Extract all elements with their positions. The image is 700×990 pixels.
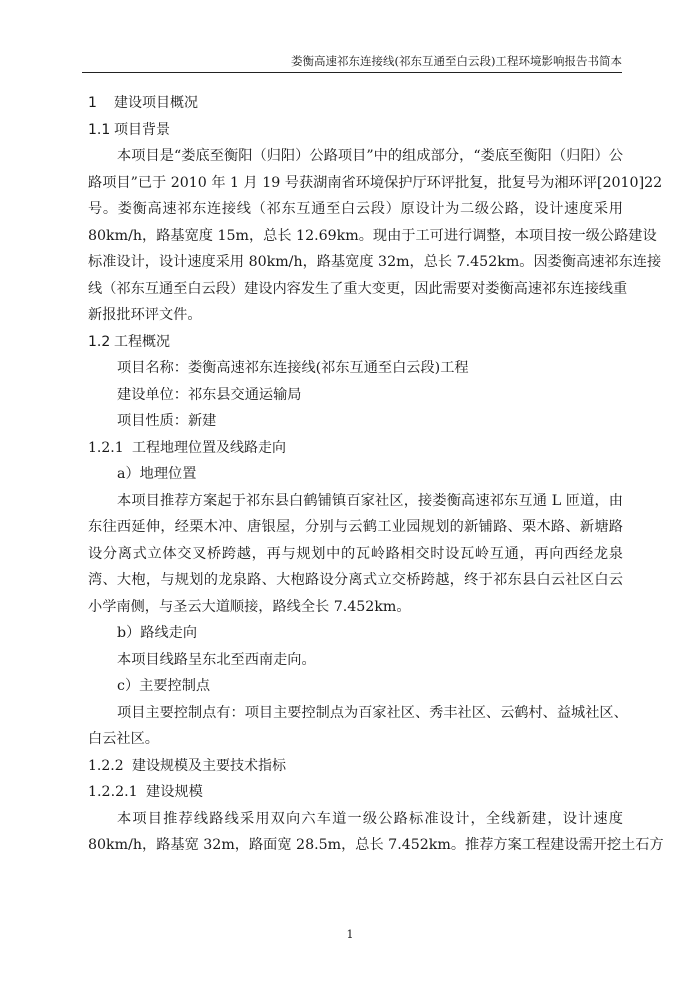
heading-number: 1.2 <box>88 329 114 356</box>
heading-title: 项目背景 <box>114 122 170 138</box>
paragraph-route-direction: 本项目线路呈东北至西南走向。 <box>88 647 623 674</box>
heading-number: 1.2.2 <box>88 753 132 780</box>
heading-section-1-2-1: 1.2.1工程地理位置及线路走向 <box>88 435 623 462</box>
heading-number: 1 <box>88 90 114 117</box>
paragraph-line: 线（祁东互通至白云段）建设内容发生了重大变更，因此需要对娄衡高速祁东连接线重 <box>88 276 623 303</box>
paragraph-line: 本项目是“娄底至衡阳（归阳）公路项目”中的组成部分，“娄底至衡阳（归阳）公 <box>88 143 623 170</box>
paragraph-line: 80km/h，路基宽度 15m，总长 12.69km。现由于工可进行调整，本项目… <box>88 223 623 250</box>
heading-number: 1.1 <box>88 117 114 144</box>
heading-section-1-2: 1.2工程概况 <box>88 329 623 356</box>
construction-unit: 建设单位：祁东县交通运输局 <box>88 382 623 409</box>
heading-title: 建设规模及主要技术指标 <box>132 758 286 774</box>
heading-title: 工程概况 <box>114 334 170 350</box>
paragraph-line: 本项目推荐方案起于祁东县白鹤铺镇百家社区，接娄衡高速祁东互通 L 匝道，由 <box>88 488 623 515</box>
page-body: 1建设项目概况 1.1项目背景 本项目是“娄底至衡阳（归阳）公路项目”中的组成部… <box>88 90 623 859</box>
subheading-route-direction: b）路线走向 <box>88 620 623 647</box>
paragraph-construction-scale: 本项目推荐线路线采用双向六车道一级公路标准设计，全线新建，设计速度 80km/h… <box>88 806 623 859</box>
paragraph-line: 设分离式立体交叉桥跨越，再与规划中的瓦岭路相交时设瓦岭互通，再向西经龙泉 <box>88 541 623 568</box>
paragraph-line: 白云社区。 <box>88 726 623 753</box>
paragraph-geo-location: 本项目推荐方案起于祁东县白鹤铺镇百家社区，接娄衡高速祁东互通 L 匝道，由 东往… <box>88 488 623 621</box>
heading-section-1: 1建设项目概况 <box>88 90 623 117</box>
paragraph-line: 本项目推荐线路线采用双向六车道一级公路标准设计，全线新建，设计速度 <box>88 806 623 833</box>
project-nature: 项目性质：新建 <box>88 408 623 435</box>
paragraph-line: 项目主要控制点有：项目主要控制点为百家社区、秀丰社区、云鹤村、益城社区、 <box>88 700 623 727</box>
paragraph-line: 东往西延伸，经栗木冲、唐银屋，分别与云鹤工业园规划的新铺路、栗木路、新塘路 <box>88 514 623 541</box>
heading-title: 建设规模 <box>146 784 203 800</box>
paragraph-line: 湾、大枹，与规划的龙泉路、大枹路设分离式立交桥跨越，终于祁东县白云社区白云 <box>88 567 623 594</box>
running-header: 娄衡高速祁东连接线(祁东互通至白云段)工程环境影响报告书简本 <box>82 54 622 73</box>
paragraph-line: 路项目”已于 2010 年 1 月 19 号获湖南省环境保护厅环评批复，批复号为… <box>88 170 623 197</box>
heading-section-1-1: 1.1项目背景 <box>88 117 623 144</box>
heading-title: 工程地理位置及线路走向 <box>132 440 286 456</box>
heading-number: 1.2.2.1 <box>88 779 146 806</box>
paragraph-line: 小学南侧，与圣云大道顺接，路线全长 7.452km。 <box>88 594 623 621</box>
project-name: 项目名称：娄衡高速祁东连接线(祁东互通至白云段)工程 <box>88 355 623 382</box>
heading-section-1-2-2-1: 1.2.2.1建设规模 <box>88 779 623 806</box>
paragraph-background: 本项目是“娄底至衡阳（归阳）公路项目”中的组成部分，“娄底至衡阳（归阳）公 路项… <box>88 143 623 329</box>
subheading-geo-location: a）地理位置 <box>88 461 623 488</box>
heading-number: 1.2.1 <box>88 435 132 462</box>
paragraph-line: 号。娄衡高速祁东连接线（祁东互通至白云段）原设计为二级公路，设计速度采用 <box>88 196 623 223</box>
paragraph-line: 80km/h，路基宽 32m，路面宽 28.5m，总长 7.452km。推荐方案… <box>88 832 623 859</box>
paragraph-control-points: 项目主要控制点有：项目主要控制点为百家社区、秀丰社区、云鹤村、益城社区、 白云社… <box>88 700 623 753</box>
heading-section-1-2-2: 1.2.2建设规模及主要技术指标 <box>88 753 623 780</box>
page-number: 1 <box>0 928 700 941</box>
paragraph-line: 新报批环评文件。 <box>88 302 623 329</box>
subheading-control-points: c）主要控制点 <box>88 673 623 700</box>
paragraph-line: 标准设计，设计速度采用 80km/h，路基宽度 32m，总长 7.452km。因… <box>88 249 623 276</box>
heading-title: 建设项目概况 <box>114 95 198 111</box>
